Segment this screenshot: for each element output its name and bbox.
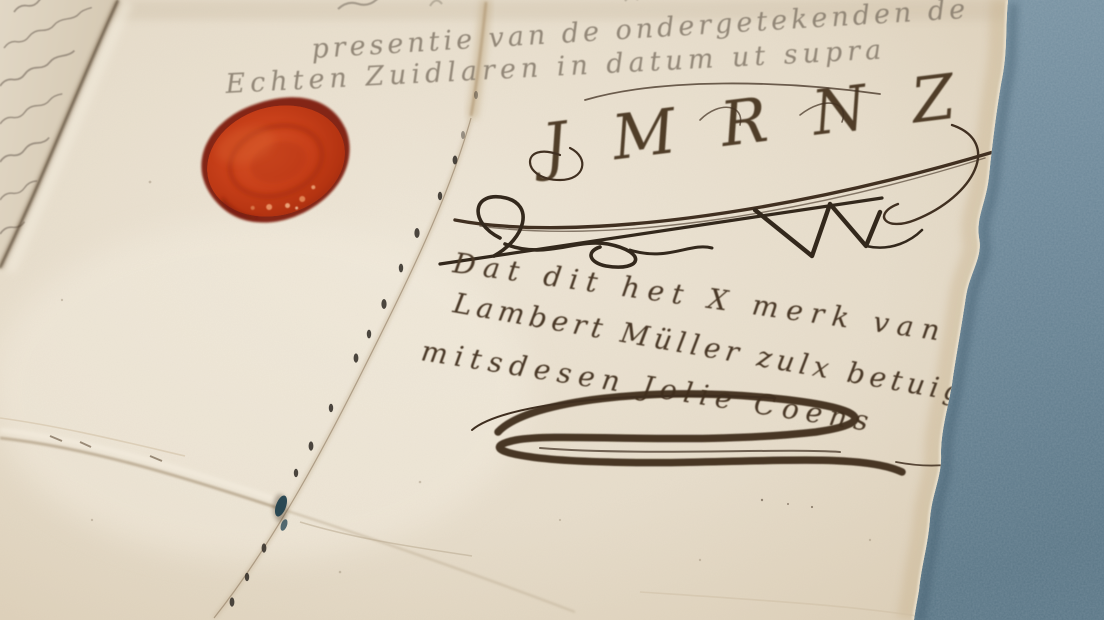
main-page: presentie van de ondergetekenden de Echt…	[0, 0, 1050, 620]
document-photo-scene: presentie van de ondergetekenden de Echt…	[0, 0, 1104, 620]
photo-old-sealed-document: presentie van de ondergetekenden de Echt…	[0, 0, 1104, 620]
